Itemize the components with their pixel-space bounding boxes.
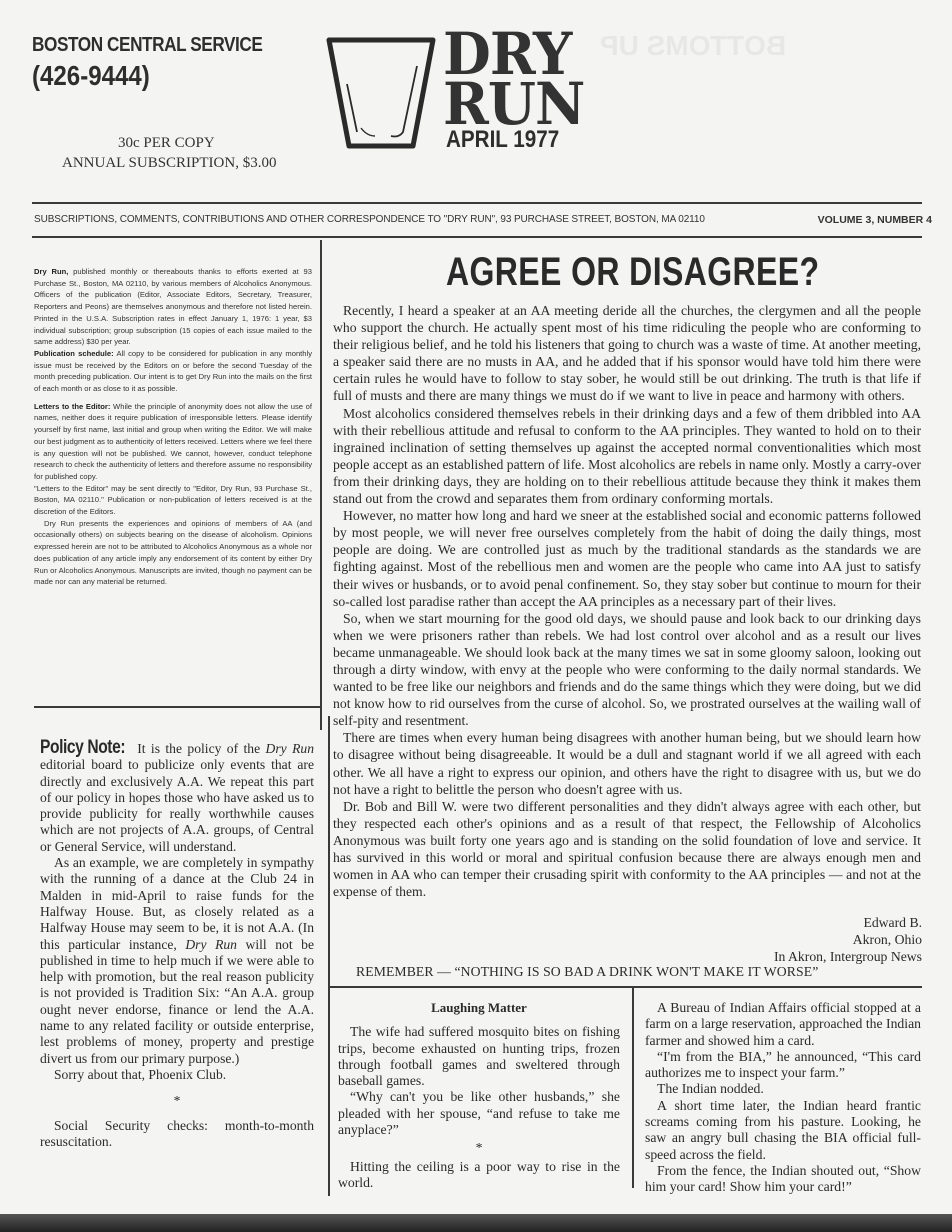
column-rule xyxy=(632,988,634,1188)
article-source: In Akron, Intergroup News xyxy=(600,948,922,965)
remember-slogan: REMEMBER — “NOTHING IS SO BAD A DRINK WO… xyxy=(356,964,818,980)
separator-asterisk: * xyxy=(40,1093,314,1109)
scan-edge xyxy=(0,1214,952,1232)
divider xyxy=(32,202,922,204)
correspondence-address: SUBSCRIPTIONS, COMMENTS, CONTRIBUTIONS A… xyxy=(34,214,705,225)
glass-tumbler-icon xyxy=(325,36,437,154)
article-body: Recently, I heard a speaker at an AA mee… xyxy=(333,302,921,900)
divider xyxy=(32,236,922,238)
column-rule xyxy=(328,716,330,1196)
divider xyxy=(330,986,922,988)
issue-date: APRIL 1977 xyxy=(446,126,559,154)
price-per-copy: 30c PER COPY xyxy=(118,135,215,152)
article-paragraph: There are times when every human being d… xyxy=(333,729,921,797)
bia-joke-box: A Bureau of Indian Affairs official stop… xyxy=(645,1000,921,1196)
disclaimer: Dry Run presents the experiences and opi… xyxy=(34,518,312,588)
article-paragraph: Most alcoholics considered themselves re… xyxy=(333,405,921,508)
bleed-through-text: BOTTOMS UP xyxy=(600,30,786,62)
laughing-matter-box: Laughing Matter The wife had suffered mo… xyxy=(338,1000,620,1191)
author: Edward B. xyxy=(600,914,922,931)
colophon: Dry Run, published monthly or thereabout… xyxy=(34,266,312,588)
article-paragraph: So, when we start mourning for the good … xyxy=(333,610,921,730)
newsletter-title-run: RUN xyxy=(443,78,584,130)
article-signature: Edward B. Akron, Ohio In Akron, Intergro… xyxy=(600,914,922,965)
column-rule xyxy=(320,240,322,730)
schedule-label: Publication schedule: xyxy=(34,349,114,358)
author-location: Akron, Ohio xyxy=(600,931,922,948)
laughing-matter-title: Laughing Matter xyxy=(338,1000,620,1016)
divider xyxy=(34,706,320,708)
letters-label: Letters to the Editor: xyxy=(34,402,110,411)
policy-heading: Policy Note: xyxy=(40,740,125,756)
annual-subscription: ANNUAL SUBSCRIPTION, $3.00 xyxy=(62,155,276,172)
separator-asterisk: * xyxy=(338,1140,620,1156)
volume-number: VOLUME 3, NUMBER 4 xyxy=(818,214,932,226)
article-paragraph: Dr. Bob and Bill W. were two different p… xyxy=(333,798,921,901)
letters-address: "Letters to the Editor" may be sent dire… xyxy=(34,483,312,518)
policy-note: Policy Note: It is the policy of the Dry… xyxy=(40,740,314,1150)
policy-closing: Sorry about that, Phoenix Club. xyxy=(40,1067,314,1083)
article-headline: AGREE OR DISAGREE? xyxy=(446,250,819,295)
article-paragraph: Recently, I heard a speaker at an AA mee… xyxy=(333,302,921,405)
article-paragraph: However, no matter how long and hard we … xyxy=(333,507,921,610)
quip: Social Security checks: month-to-month r… xyxy=(40,1118,314,1151)
phone-number: (426-9444) xyxy=(32,60,150,92)
colophon-title: Dry Run, xyxy=(34,267,68,276)
org-name: BOSTON CENTRAL SERVICE xyxy=(32,34,262,57)
